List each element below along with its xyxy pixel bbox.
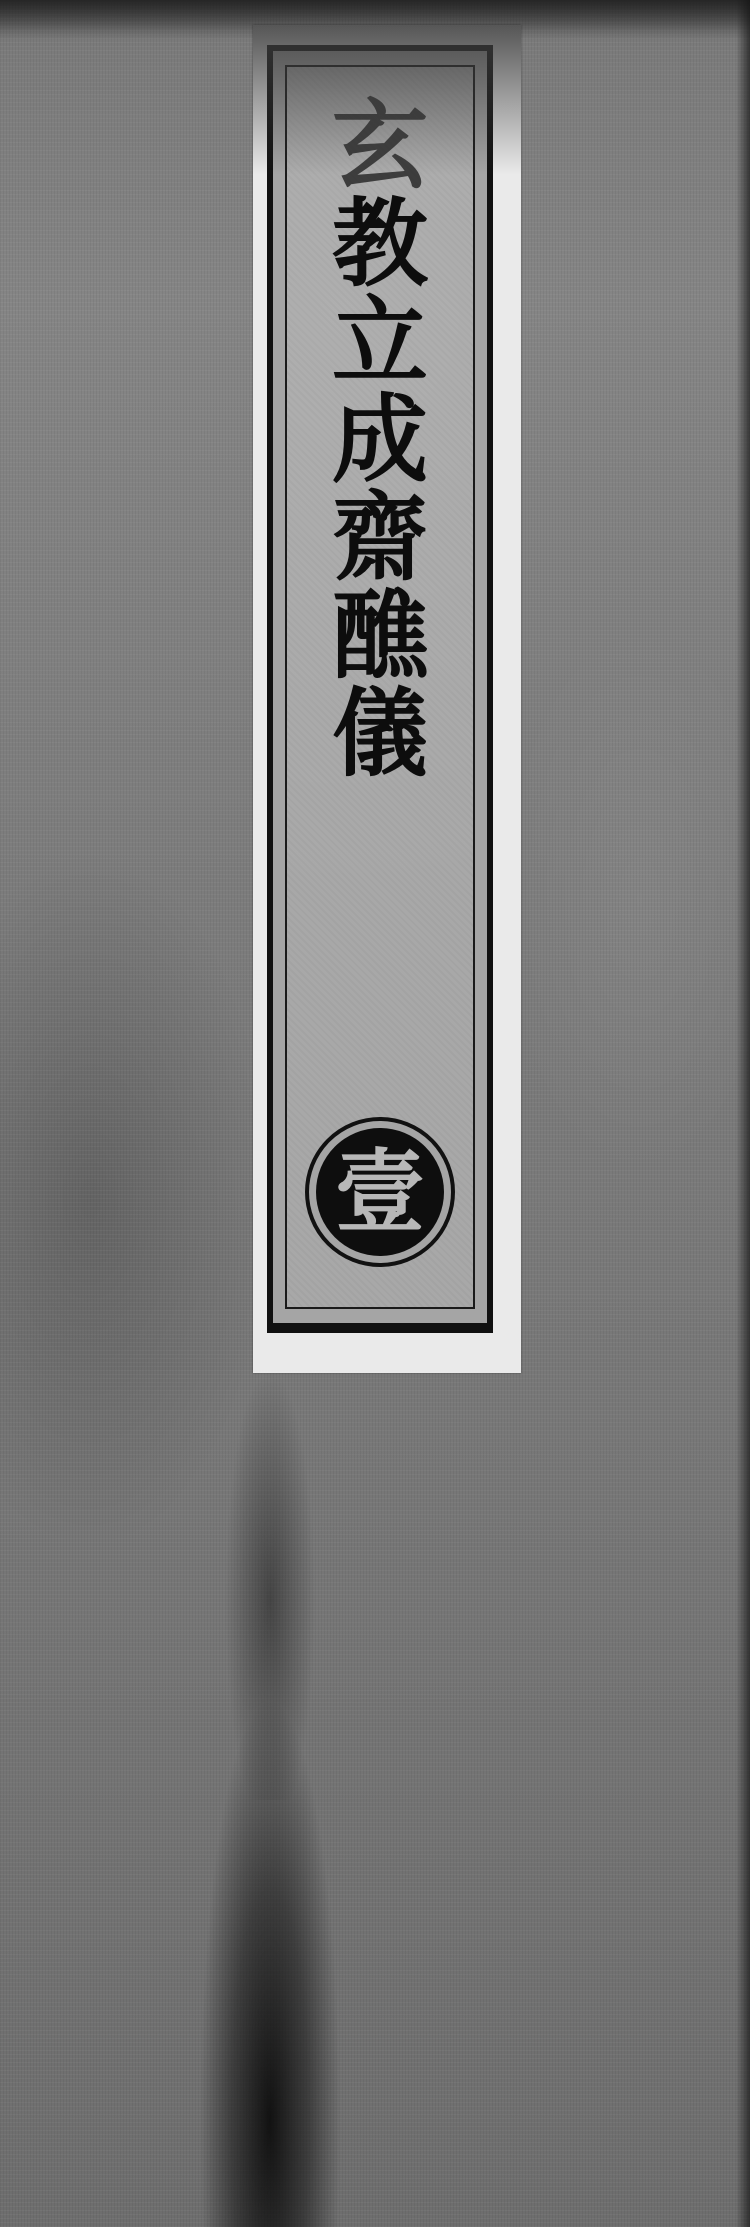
book-cover: 玄 教 立 成 齋 醮 儀 壹 [0,0,750,2227]
title-char-4: 成 [310,391,450,489]
volume-emblem: 壹 [305,1117,455,1267]
volume-number: 壹 [335,1147,425,1237]
label-inner-frame: 玄 教 立 成 齋 醮 儀 壹 [285,65,475,1309]
water-stain-lower [195,1560,345,2227]
title-label-slip: 玄 教 立 成 齋 醮 儀 壹 [253,25,521,1373]
title-char-2: 教 [310,195,450,293]
title-char-7: 儀 [310,685,450,783]
right-edge-shadow [736,0,750,2227]
title-char-3: 立 [310,293,450,391]
title-char-6: 醮 [310,587,450,685]
label-outer-frame: 玄 教 立 成 齋 醮 儀 壹 [267,45,493,1333]
title-column: 玄 教 立 成 齋 醮 儀 [287,97,473,783]
title-char-1: 玄 [310,97,450,195]
title-char-5: 齋 [310,489,450,587]
volume-emblem-disc: 壹 [316,1128,444,1256]
